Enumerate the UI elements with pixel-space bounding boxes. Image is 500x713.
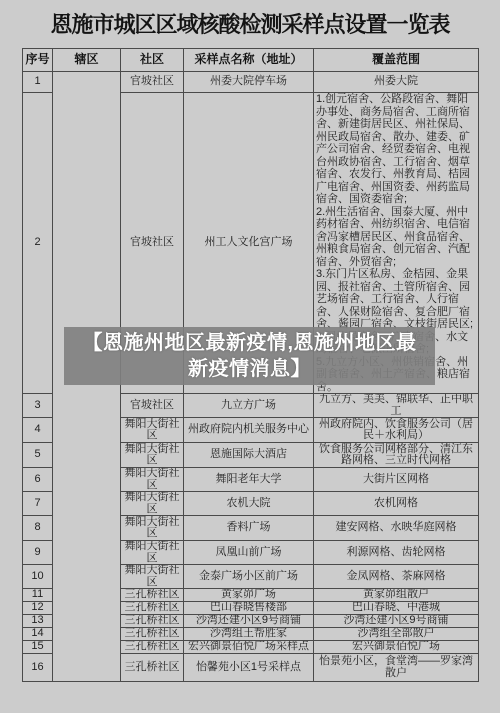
site-cell: 怡馨苑小区1号采样点 [184, 654, 314, 682]
column-header: 序号 [23, 49, 53, 72]
row-number-cell: 7 [23, 492, 53, 516]
community-cell: 舞阳大街社区 [121, 418, 184, 443]
coverage-cell: 黄家峁组散户 [314, 589, 479, 602]
site-cell: 金泰广场小区前广场 [184, 565, 314, 589]
coverage-cell: 饮食服务公司网格部分、清江东路网格、三立时代网格 [314, 443, 479, 468]
community-cell: 舞阳大街社区 [121, 541, 184, 565]
row-number-cell: 15 [23, 641, 53, 654]
coverage-cell: 州政府院内、饮食服务公司（居民＋水利局） [314, 418, 479, 443]
coverage-cell: 建安网格、水映华庭网格 [314, 516, 479, 541]
table-row: 1官坡社区州委大院停车场州委大院 [23, 72, 479, 93]
row-number-cell: 13 [23, 615, 53, 628]
row-number-cell: 14 [23, 628, 53, 641]
row-number-cell: 1 [23, 72, 53, 93]
site-cell: 舞阳老年大学 [184, 468, 314, 492]
row-number-cell: 11 [23, 589, 53, 602]
column-header: 覆盖范围 [314, 49, 479, 72]
coverage-cell: 州委大院 [314, 72, 479, 93]
site-cell: 九立方广场 [184, 394, 314, 418]
row-number-cell: 4 [23, 418, 53, 443]
document-page: 恩施市城区区域核酸检测采样点设置一览表 序号辖区社区采样点名称（地址）覆盖范围 … [0, 0, 500, 713]
site-cell: 州委大院停车场 [184, 72, 314, 93]
row-number-cell: 2 [23, 93, 53, 394]
site-cell: 沙湾组王帮胜家 [184, 628, 314, 641]
page-title: 恩施市城区区域核酸检测采样点设置一览表 [0, 8, 500, 39]
community-cell: 三孔桥社区 [121, 602, 184, 615]
community-cell: 舞阳大街社区 [121, 565, 184, 589]
watermark-text-line1: 【恩施州地区最新疫情,恩施州地区最 [82, 330, 416, 356]
watermark-overlay: 【恩施州地区最新疫情,恩施州地区最 新疫情消息】 [64, 327, 435, 385]
watermark-text-line2: 新疫情消息】 [188, 356, 311, 382]
site-cell: 州政府院内机关服务中心 [184, 418, 314, 443]
site-cell: 宏兴御景佰悦广场采样点 [184, 641, 314, 654]
site-cell: 恩施国际大酒店 [184, 443, 314, 468]
site-cell: 黄家峁广场 [184, 589, 314, 602]
coverage-cell: 大街片区网格 [314, 468, 479, 492]
coverage-cell: 沙湾还建小区9号商铺 [314, 615, 479, 628]
community-cell: 官坡社区 [121, 394, 184, 418]
row-number-cell: 3 [23, 394, 53, 418]
site-cell: 农机大院 [184, 492, 314, 516]
column-header: 辖区 [53, 49, 121, 72]
coverage-cell: 宏兴御景佰悦广场 [314, 641, 479, 654]
row-number-cell: 8 [23, 516, 53, 541]
row-number-cell: 9 [23, 541, 53, 565]
community-cell: 三孔桥社区 [121, 589, 184, 602]
row-number-cell: 10 [23, 565, 53, 589]
coverage-cell: 巴山春晓、中港城 [314, 602, 479, 615]
community-cell: 三孔桥社区 [121, 628, 184, 641]
coverage-cell: 九立方、美美、锦联华、正中职工 [314, 394, 479, 418]
coverage-paragraph: 2.州生活宿舍、国泰大厦、州中药材宿舍、州纺织宿舍、电信宿舍冯家槽居民区、州食品… [316, 206, 476, 269]
coverage-cell: 金凤网格、茶麻网格 [314, 565, 479, 589]
community-cell: 舞阳大街社区 [121, 516, 184, 541]
community-cell: 舞阳大街社区 [121, 443, 184, 468]
row-number-cell: 12 [23, 602, 53, 615]
coverage-cell: 农机网格 [314, 492, 479, 516]
coverage-paragraph: 1.创元宿舍、公路段宿舍、舞阳办事处、商务局宿舍、工商所宿舍、新建街居民区、州社… [316, 93, 476, 206]
community-cell: 舞阳大街社区 [121, 492, 184, 516]
column-header: 采样点名称（地址） [184, 49, 314, 72]
row-number-cell: 16 [23, 654, 53, 682]
coverage-cell: 怡景苑小区，食堂湾——罗家湾散户 [314, 654, 479, 682]
site-cell: 香料广场 [184, 516, 314, 541]
community-cell: 官坡社区 [121, 72, 184, 93]
table-header-row: 序号辖区社区采样点名称（地址）覆盖范围 [23, 49, 479, 72]
community-cell: 三孔桥社区 [121, 615, 184, 628]
row-number-cell: 5 [23, 443, 53, 468]
site-cell: 巴山春晓售楼部 [184, 602, 314, 615]
site-cell: 凤凰山前广场 [184, 541, 314, 565]
site-cell: 沙湾还建小区9号商铺 [184, 615, 314, 628]
coverage-cell: 沙湾组全部散户 [314, 628, 479, 641]
coverage-paragraph: 3.东门片区私房、金桔园、金果园、报社宿舍、土管所宿舍、园艺场宿舍、工行宿舍、人… [316, 268, 476, 331]
community-cell: 三孔桥社区 [121, 654, 184, 682]
row-number-cell: 6 [23, 468, 53, 492]
column-header: 社区 [121, 49, 184, 72]
community-cell: 舞阳大街社区 [121, 468, 184, 492]
community-cell: 三孔桥社区 [121, 641, 184, 654]
coverage-cell: 利源网格、齿轮网格 [314, 541, 479, 565]
